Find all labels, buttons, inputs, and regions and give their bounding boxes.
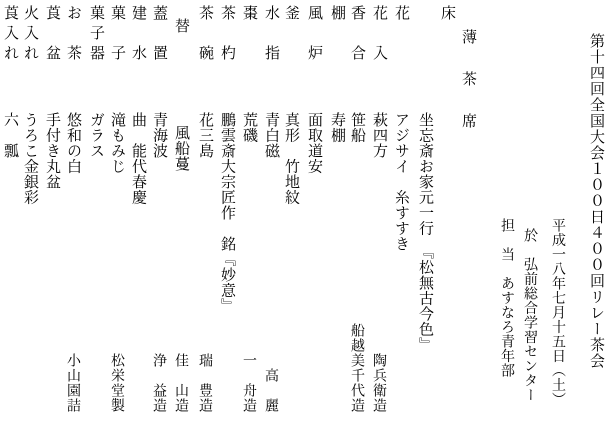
item-label: 菓 子 (109, 5, 124, 65)
event-venue: 於 弘前総合学習センター (522, 228, 536, 402)
item-description: 面取道安 (306, 112, 321, 174)
item-label: 風 炉 (306, 5, 321, 65)
item-maker: 高 麗 (263, 368, 277, 413)
item-label: 替 (173, 18, 188, 38)
item-label: 花 (393, 5, 408, 25)
item-maker: 陶兵衛造 (371, 353, 385, 413)
item-label: 棚 (329, 5, 344, 25)
item-description: 真形 竹地紋 (283, 112, 298, 205)
item-maker: 松栄堂製 (109, 353, 123, 413)
item-description: 萩四方 (371, 112, 386, 159)
event-organizer: 担 当 あすなろ青年部 (499, 218, 513, 378)
item-description: 青白磁 (263, 112, 278, 159)
item-label: 棗 (241, 5, 256, 25)
item-maker: 佳 山造 (173, 353, 187, 413)
item-description: 滝もみじ (109, 112, 124, 174)
item-description: 坐忘斎お家元一行 『松無古今色』 (417, 112, 432, 353)
item-label: 火入れ (22, 5, 37, 65)
item-description: 笹船 (349, 112, 364, 143)
tea-ceremony-record-sheet: 第十四回全国大会１００日４００回リレー茶会 平成一八年七月十五日（土） 於 弘前… (0, 0, 613, 424)
item-maker: 瑞 豊造 (197, 353, 211, 413)
item-description: 鵬雲斎大宗匠作 銘『妙意』 (219, 112, 234, 314)
item-maker: 小山園詰 (65, 353, 79, 413)
event-date: 平成一八年七月十五日（土） (550, 218, 564, 407)
item-label: 香 合 (349, 5, 364, 65)
item-label: 床 (439, 5, 454, 25)
item-label: 花 入 (371, 5, 386, 65)
item-description: うろこ金銀彩 (22, 112, 37, 205)
item-label: 建 水 (130, 5, 145, 65)
item-description: 花三島 (197, 112, 212, 159)
item-description: 風船蔓 (173, 125, 188, 172)
item-description: 手付き丸盆 (44, 112, 59, 190)
item-label: 茶 碗 (197, 5, 212, 65)
item-label: 莨 盆 (44, 5, 59, 65)
item-maker: 船越美千代造 (349, 323, 363, 413)
item-description: 青海波 (151, 112, 166, 159)
item-description: 寿棚 (329, 112, 344, 143)
item-description: ガラス (88, 112, 103, 159)
document-title: 第十四回全国大会１００日４００回リレー茶会 (588, 33, 603, 369)
item-label: 水 指 (263, 5, 278, 65)
item-description: 曲 能代春慶 (130, 112, 145, 205)
item-label: 菓子器 (88, 5, 103, 65)
item-maker: 一 舟造 (241, 353, 255, 413)
section-heading: 薄 茶 席 (460, 29, 475, 134)
item-label: お 茶 (65, 5, 80, 65)
item-description: アジサイ 糸すすき (393, 112, 408, 252)
item-label: 釜 (283, 5, 298, 25)
item-description: 六 瓢 (2, 112, 17, 159)
item-label: 蓋 置 (151, 5, 166, 65)
item-description: 荒磯 (241, 112, 256, 143)
item-label: 莨入れ (2, 5, 17, 65)
item-label: 茶 杓 (219, 5, 234, 65)
item-description: 悠和の白 (65, 112, 80, 174)
item-maker: 浄 益造 (151, 353, 165, 413)
